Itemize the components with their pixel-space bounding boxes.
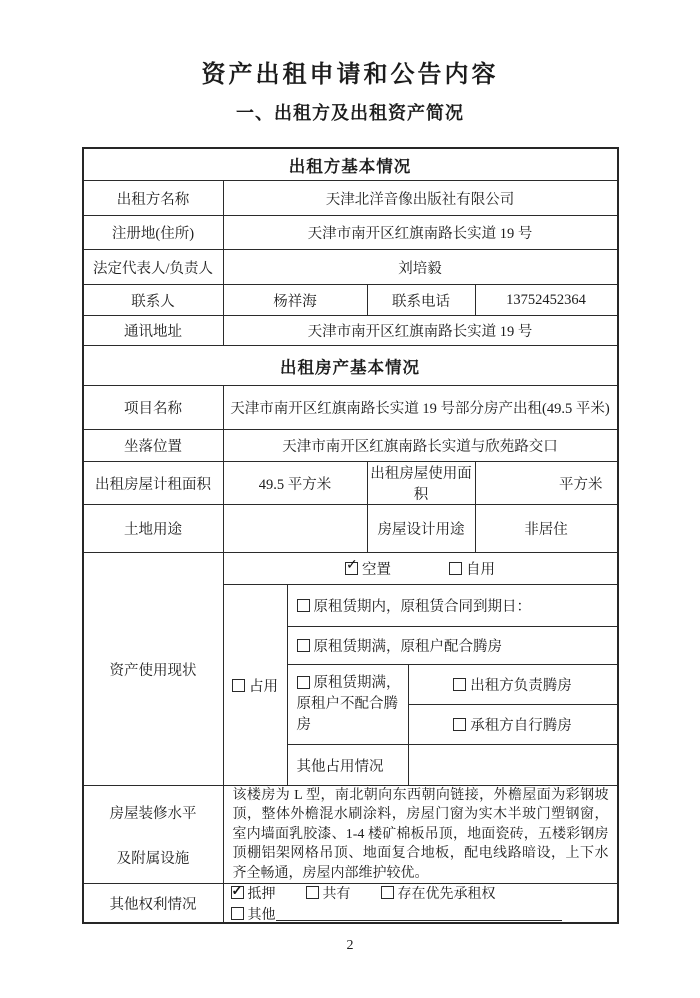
other-right-label: 其他 <box>248 904 276 924</box>
mortgage-checkbox: ✓ <box>231 886 244 899</box>
design-use-label: 房屋设计用途 <box>368 505 476 552</box>
decoration-label: 房屋装修水平 及附属设施 <box>84 786 224 883</box>
mailing-address-value: 天津市南开区红旗南路长实道 19 号 <box>224 316 617 345</box>
expired-noncoop-checkbox: ✓ <box>297 676 310 689</box>
rent-area-label: 出租房屋计租面积 <box>84 462 224 504</box>
occupied-option: ✓ 占用 <box>232 675 278 696</box>
usage-status-row: 资产使用现状 ✓ 空置 ✓ 自用 <box>84 553 617 786</box>
lessor-clear-checkbox: ✓ <box>453 678 466 691</box>
legal-representative-value: 刘培毅 <box>224 250 617 284</box>
usage-status-label: 资产使用现状 <box>84 553 224 785</box>
tenant-clear-option: ✓ 承租方自行腾房 <box>453 714 572 735</box>
in-lease-label: 原租赁期内，原租赁合同到期日： <box>314 595 532 616</box>
use-area-label: 出租房屋使用面积 <box>368 462 476 504</box>
page-title: 资产出租申请和公告内容 <box>0 54 700 89</box>
tenant-clear-label: 承租方自行腾房 <box>470 714 572 735</box>
other-right-checkbox: ✓ <box>231 907 244 920</box>
location-value: 天津市南开区红旗南路长实道与欣苑路交口 <box>224 430 617 461</box>
registered-address-value: 天津市南开区红旗南路长实道 19 号 <box>224 216 617 249</box>
mortgage-option: ✓ 抵押 <box>231 883 276 903</box>
design-use-value: 非居住 <box>476 505 617 552</box>
tenant-clear-checkbox: ✓ <box>453 718 466 731</box>
expired-coop-checkbox: ✓ <box>297 639 310 652</box>
co-owned-option: ✓ 共有 <box>306 883 351 903</box>
occupied-label: 占用 <box>249 675 278 696</box>
co-owned-label: 共有 <box>323 883 351 903</box>
legal-representative-label: 法定代表人/负责人 <box>84 250 224 284</box>
in-lease-checkbox: ✓ <box>297 599 310 612</box>
vacant-label: 空置 <box>362 558 391 579</box>
check-icon: ✓ <box>346 557 358 574</box>
expired-noncoop-option: ✓原租赁期满，原租户不配合腾房 <box>288 665 409 744</box>
registered-address-label: 注册地(住所) <box>84 216 224 249</box>
contact-phone-label: 联系电话 <box>368 285 476 315</box>
contact-person-label: 联系人 <box>84 285 224 315</box>
mailing-address-label: 通讯地址 <box>84 316 224 345</box>
lessor-name-label: 出租方名称 <box>84 181 224 215</box>
occupied-checkbox: ✓ <box>232 679 245 692</box>
rent-area-value: 49.5 平方米 <box>224 462 368 504</box>
self-use-checkbox: ✓ <box>449 562 462 575</box>
page-subtitle: 一、出租方及出租资产简况 <box>0 99 700 125</box>
project-name-label: 项目名称 <box>84 386 224 429</box>
page-number: 2 <box>0 938 700 954</box>
self-use-label: 自用 <box>466 558 495 579</box>
self-use-option: ✓ 自用 <box>449 558 495 579</box>
other-right-option: ✓ 其他 <box>231 904 276 924</box>
location-label: 坐落位置 <box>84 430 224 461</box>
expired-coop-option: ✓ 原租赁期满，原租户配合腾房 <box>297 635 503 656</box>
contact-person-value: 杨祥海 <box>224 285 368 315</box>
expired-coop-label: 原租赁期满，原租户配合腾房 <box>314 635 503 656</box>
section-header-lessor-info: 出租方基本情况 <box>84 149 617 180</box>
document-page: 资产出租申请和公告内容 一、出租方及出租资产简况 出租方基本情况 出租方名称 天… <box>0 0 700 998</box>
other-occupy-value <box>409 745 617 785</box>
vacant-option: ✓ 空置 <box>345 558 391 579</box>
land-use-label: 土地用途 <box>84 505 224 552</box>
other-occupy-label: 其他占用情况 <box>288 745 409 785</box>
contact-phone-value: 13752452364 <box>476 285 617 315</box>
decoration-text: 该楼房为 L 型，南北朝向东西朝向链接，外檐屋面为彩钢坡顶，整体外檐混水刷涂料，… <box>224 784 617 885</box>
in-lease-option: ✓ 原租赁期内，原租赁合同到期日： <box>297 595 532 616</box>
decoration-label-line1: 房屋装修水平 <box>110 802 197 823</box>
use-area-value: 平方米 <box>476 462 617 504</box>
priority-lease-checkbox: ✓ <box>381 886 394 899</box>
other-right-blank-line <box>276 907 562 921</box>
decoration-label-line2: 及附属设施 <box>117 847 190 868</box>
expired-noncoop-label: 原租赁期满，原租户不配合腾房 <box>297 675 401 733</box>
lessor-name-value: 天津北洋音像出版社有限公司 <box>224 181 617 215</box>
co-owned-checkbox: ✓ <box>306 886 319 899</box>
other-rights-value: ✓ 抵押 ✓ 共有 ✓ 存在优先承租权 ✓ 其他 <box>224 884 617 922</box>
project-name-value: 天津市南开区红旗南路长实道 19 号部分房产出租(49.5 平米) <box>224 386 617 429</box>
other-rights-label: 其他权利情况 <box>84 884 224 922</box>
check-icon: ✓ <box>232 883 243 899</box>
lessor-clear-option: ✓ 出租方负责腾房 <box>453 674 572 695</box>
priority-lease-option: ✓ 存在优先承租权 <box>381 883 496 903</box>
lessor-clear-label: 出租方负责腾房 <box>470 674 572 695</box>
mortgage-label: 抵押 <box>248 883 276 903</box>
main-table: 出租方基本情况 出租方名称 天津北洋音像出版社有限公司 注册地(住所) 天津市南… <box>82 147 619 924</box>
vacant-checkbox: ✓ <box>345 562 358 575</box>
priority-lease-label: 存在优先承租权 <box>398 883 496 903</box>
land-use-value <box>224 505 368 552</box>
section-header-property-info: 出租房产基本情况 <box>84 346 617 385</box>
